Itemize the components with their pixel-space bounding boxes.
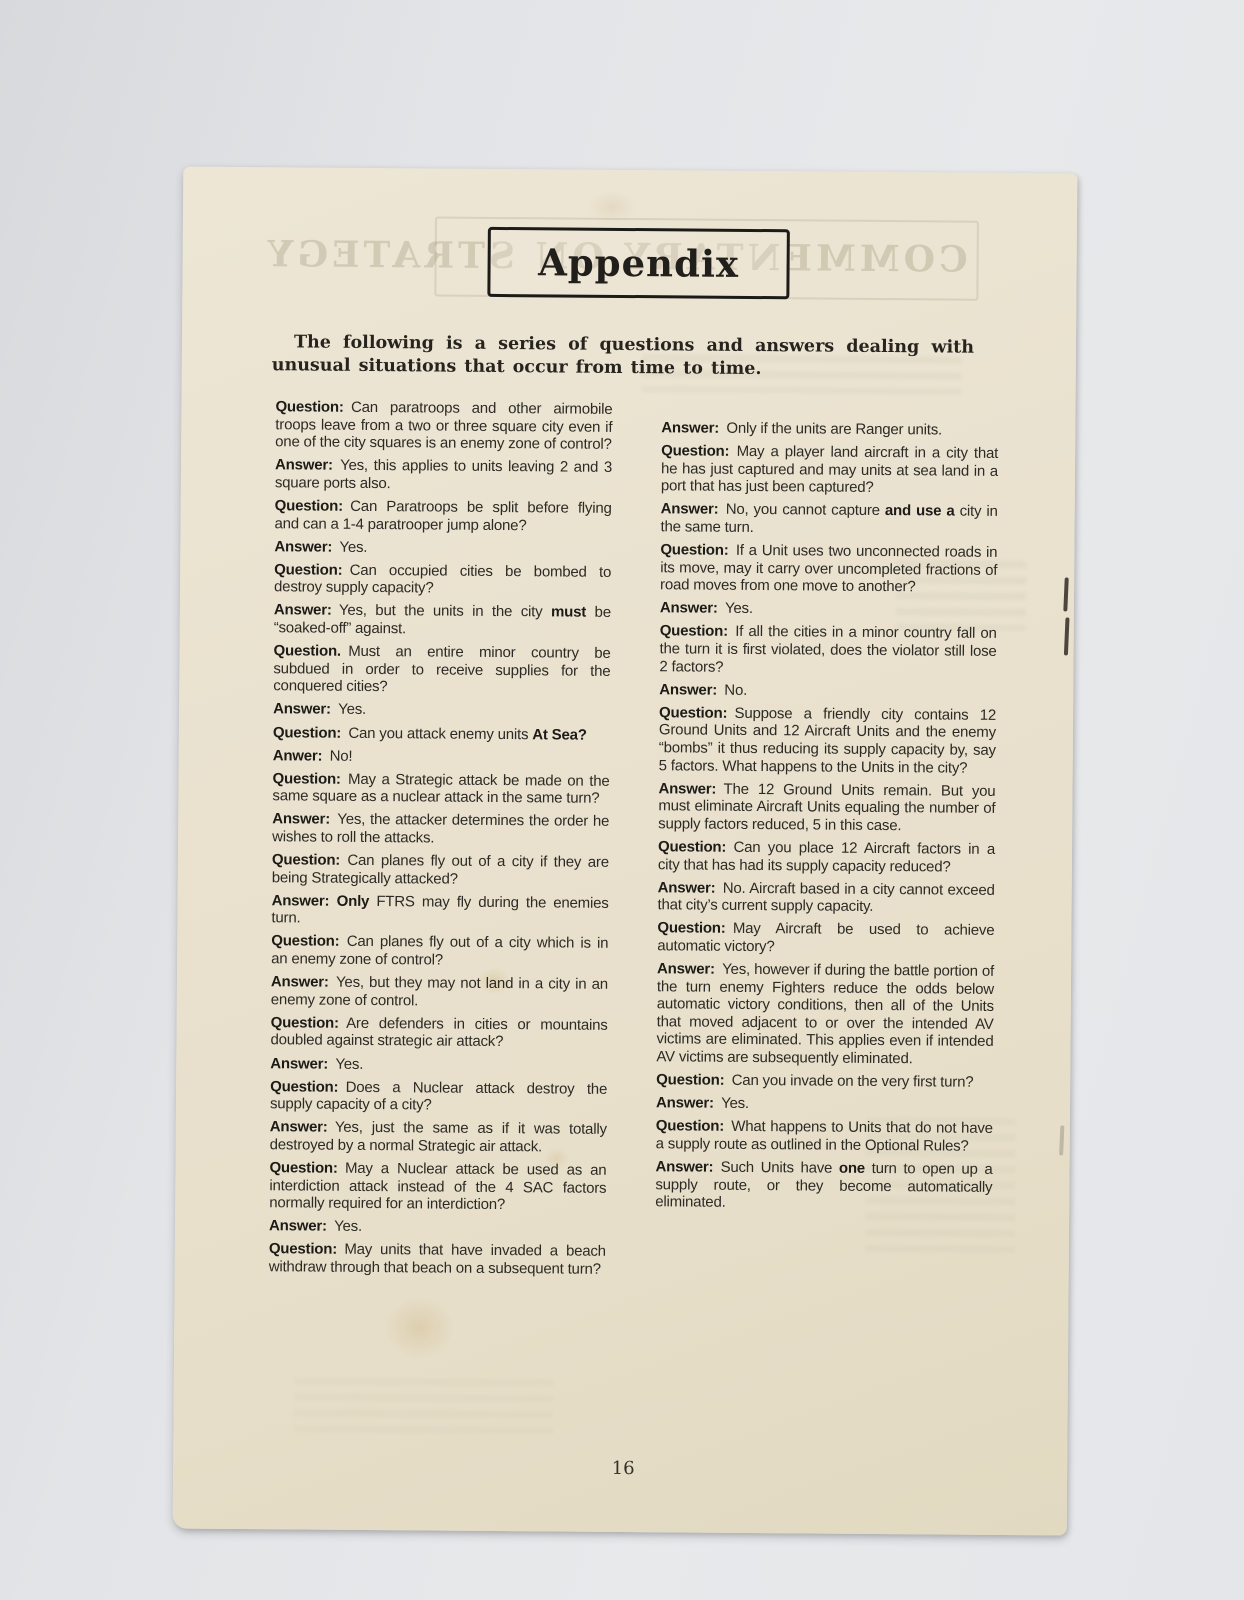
qa-item: Question: If a Unit uses two unconnected… [660,541,997,596]
page-number: 16 [598,1458,648,1479]
qa-item: Question: Can occupied cities be bombed … [274,561,611,599]
qa-item: Answer: Yes, however if during the battl… [656,960,994,1068]
qa-item: Answer: Yes, but the units in the city m… [274,602,611,640]
qa-item: Answer: Yes, but they may not land in a … [271,973,608,1011]
staple-mark [1059,1125,1064,1155]
qa-item: Answer: Such Units have one turn to open… [655,1158,992,1213]
qa-item: Answer: Only FTRS may fly during the ene… [271,892,608,930]
qa-item: Answer: Yes, the attacker determines the… [272,811,609,849]
qa-item: Answer: Only if the units are Ranger uni… [661,419,998,439]
paper-stain [384,1296,454,1359]
qa-item: Answer: No. Aircraft based in a city can… [658,879,995,917]
staple-mark [1063,577,1068,611]
qa-item: Answer: Yes. [273,701,610,721]
qa-item: Question: Can you attack enemy units At … [273,724,610,744]
page-title: Appendix [538,240,739,286]
qa-item: Question: Can you invade on the very fir… [656,1071,993,1091]
qa-item: Answer: Yes, this applies to units leavi… [275,457,612,495]
qa-item: Question: Can planes fly out of a city i… [272,851,609,889]
qa-item: Answer: No, you cannot capture and use a… [660,501,997,539]
qa-item: Question. Must an entire minor country b… [273,642,610,697]
qa-item: Question: May a Strategic attack be made… [272,770,609,808]
qa-item: Question: May a Nuclear attack be used a… [269,1159,606,1214]
appendix-title-box: Appendix [487,227,790,299]
qa-item: Question: May Aircraft be used to achiev… [657,920,994,958]
intro-paragraph: The following is a series of questions a… [272,331,974,383]
qa-item: Question: Can you place 12 Aircraft fact… [658,838,995,876]
bleedthrough-artifact [293,1377,553,1439]
qa-item: Question: What happens to Units that do … [656,1118,993,1156]
qa-item: Question: May units that have invaded a … [269,1241,606,1279]
qa-column-left: Question: Can paratroops and other airmo… [269,398,613,1284]
qa-item: Question: If all the cities in a minor c… [659,623,996,678]
qa-item: Anwer: No! [273,747,610,767]
qa-item: Answer: Yes, just the same as if it was … [270,1119,607,1157]
qa-item: Answer: The 12 Ground Units remain. But … [658,780,995,835]
staple-mark [1064,617,1070,655]
qa-item: Question: Can Paratroops be split before… [274,497,611,535]
paper-stain [587,190,637,224]
qa-item: Answer: Yes. [269,1217,606,1237]
qa-item: Question: Can planes fly out of a city w… [271,933,608,971]
photo-background: { "page": { "title": "Appendix", "intro"… [0,0,1244,1600]
scanned-booklet-page: COMMENTARY ON STRATEGY Appendix The foll… [173,167,1078,1536]
qa-item: Question: Can paratroops and other airmo… [275,398,612,453]
qa-column-right: Answer: Only if the units are Ranger uni… [655,419,998,1219]
qa-item: Question: Suppose a friendly city contai… [659,704,997,777]
qa-item: Answer: Yes. [656,1094,993,1114]
qa-item: Question: Are defenders in cities or mou… [270,1014,607,1052]
qa-item: Answer: Yes. [270,1055,607,1075]
qa-item: Question: May a player land aircraft in … [661,442,998,497]
qa-item: Answer: No. [659,681,996,701]
qa-item: Question: Does a Nuclear attack destroy … [270,1078,607,1116]
qa-item: Answer: Yes. [660,600,997,620]
qa-item: Answer: Yes. [274,538,611,558]
